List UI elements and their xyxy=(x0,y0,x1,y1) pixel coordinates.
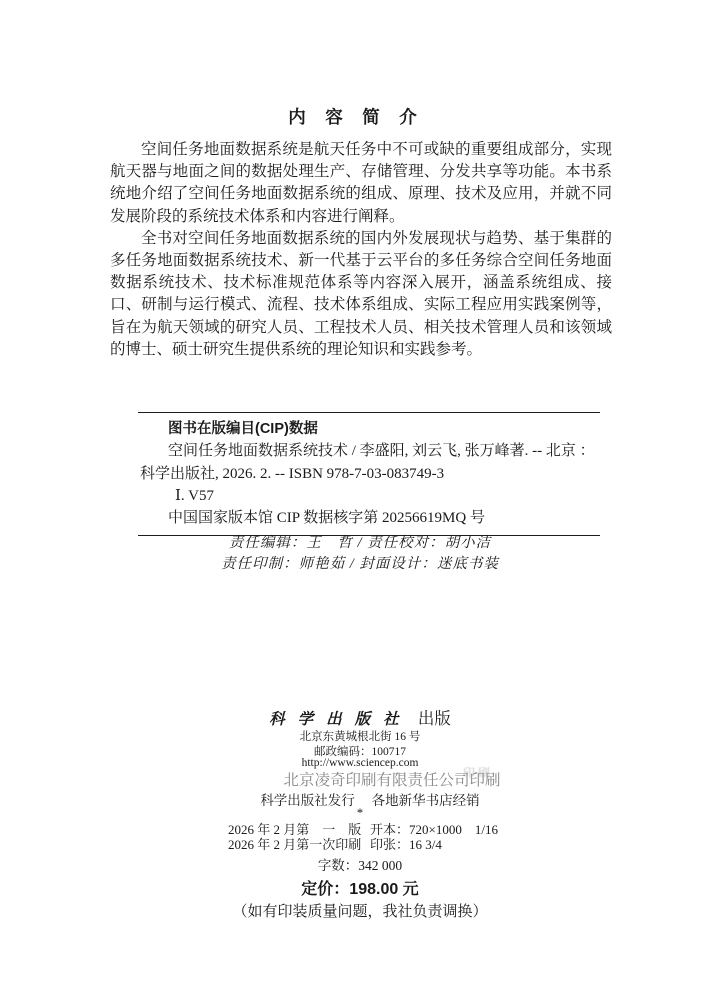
intro-paragraph-1: 空间任务地面数据系统是航天任务中不可或缺的重要组成部分，实现航天器与地面之间的数… xyxy=(110,139,612,228)
intro-body: 空间任务地面数据系统是航天任务中不可或缺的重要组成部分，实现航天器与地面之间的数… xyxy=(110,139,612,361)
cip-line-classification: Ⅰ. V57 xyxy=(138,485,600,507)
book-copyright-page: 内 容 简 介 空间任务地面数据系统是航天任务中不可或缺的重要组成部分，实现航天… xyxy=(0,0,720,1000)
credit-print-design-line: 责任印制：师艳茹 / 封面设计：迷底书装 xyxy=(0,554,720,575)
separator-asterisk: * xyxy=(0,806,720,819)
edition-sheets: 印张：16 3/4 xyxy=(370,838,498,853)
publisher-logotype: 科学出版社 xyxy=(269,711,412,728)
intro-paragraph-2: 全书对空间任务地面数据系统的国内外发展现状与趋势、基于集群的多任务地面数据系统技… xyxy=(110,228,612,361)
publisher-suffix: 出版 xyxy=(418,709,451,728)
cip-heading: 图书在版编目(CIP)数据 xyxy=(138,418,600,440)
edition-info: 2026 年 2 月第 一 版 开本：720×1000 1/16 2026 年 … xyxy=(228,823,498,852)
cip-data-block: 图书在版编目(CIP)数据 空间任务地面数据系统技术 / 李盛阳, 刘云飞, 张… xyxy=(138,412,600,536)
publisher-website: http://www.sciencep.com xyxy=(0,756,720,771)
cip-line-publisher-isbn: 科学出版社, 2026. 2. -- ISBN 978-7-03-083749-… xyxy=(138,463,600,485)
price: 定价：198.00 元 xyxy=(0,880,720,899)
publisher-address: 北京东黄城根北街 16 号 xyxy=(0,730,720,745)
responsibility-credits: 责任编辑：王 哲 / 责任校对：胡小洁 责任印制：师艳茹 / 封面设计：迷底书装 xyxy=(0,533,720,575)
word-count: 字数：342 000 xyxy=(0,858,720,873)
credit-editors-line: 责任编辑：王 哲 / 责任校对：胡小洁 xyxy=(0,533,720,554)
cip-line-registry-number: 中国国家版本馆 CIP 数据核字第 20256619MQ 号 xyxy=(138,507,600,529)
edition-first-edition: 2026 年 2 月第 一 版 xyxy=(228,823,370,838)
publisher-line: 科学出版社 出版 xyxy=(0,707,720,732)
cip-line-title-authors: 空间任务地面数据系统技术 / 李盛阳, 刘云飞, 张万峰著. -- 北京 ： xyxy=(138,440,600,462)
exchange-note: （如有印装质量问题，我社负责调换） xyxy=(0,904,720,921)
edition-format: 开本：720×1000 1/16 xyxy=(370,823,498,838)
printer-line: 北京凌奇印刷有限责任公司印刷 xyxy=(32,772,720,790)
edition-first-printing: 2026 年 2 月第一次印刷 xyxy=(228,838,370,853)
intro-title: 内 容 简 介 xyxy=(0,104,706,130)
